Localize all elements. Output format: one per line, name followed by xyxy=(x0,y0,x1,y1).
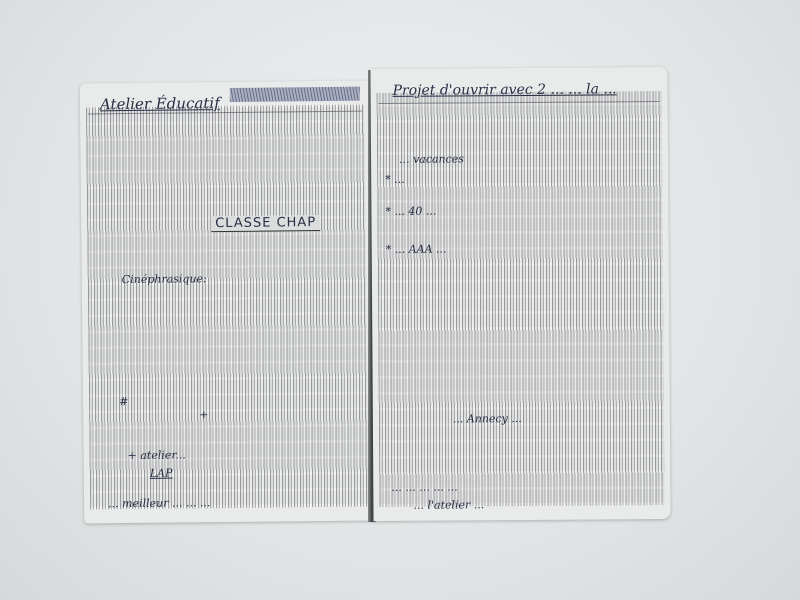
right-page-title: Projet d'ouvrir avec 2 ... ... la ... xyxy=(393,81,617,99)
handwritten-line: * ... xyxy=(385,173,405,186)
handwritten-line: LAP xyxy=(150,467,173,480)
handwritten-line: + atelier... xyxy=(128,448,186,462)
handwritten-line: # xyxy=(119,395,128,408)
handwritten-line: ... Annecy ... xyxy=(453,412,522,425)
handwritten-line: * ... 40 ... xyxy=(385,205,436,218)
handwritten-line: ... vacances xyxy=(399,152,464,165)
scribbled-heading-mark xyxy=(230,87,360,102)
left-page-title: Atelier Éducatif xyxy=(100,94,220,113)
right-notebook-page: Projet d'ouvrir avec 2 ... ... la ... ..… xyxy=(370,67,670,521)
handwritten-line: ... ... ... ... ... xyxy=(391,480,458,493)
handwritten-line: ... l'atelier ... xyxy=(413,498,484,511)
handwritten-line: + xyxy=(199,408,208,421)
handwritten-line: ... meilleur ... ... ... xyxy=(108,496,210,510)
handwritten-line: * ... AAA ... xyxy=(386,243,447,256)
boxed-heading: CLASSE CHAP xyxy=(211,215,320,232)
handwritten-line: Cinéphrasique: xyxy=(122,272,207,286)
left-notebook-page: Atelier Éducatif CLASSE CHAP Cinéphrasiq… xyxy=(80,80,375,523)
